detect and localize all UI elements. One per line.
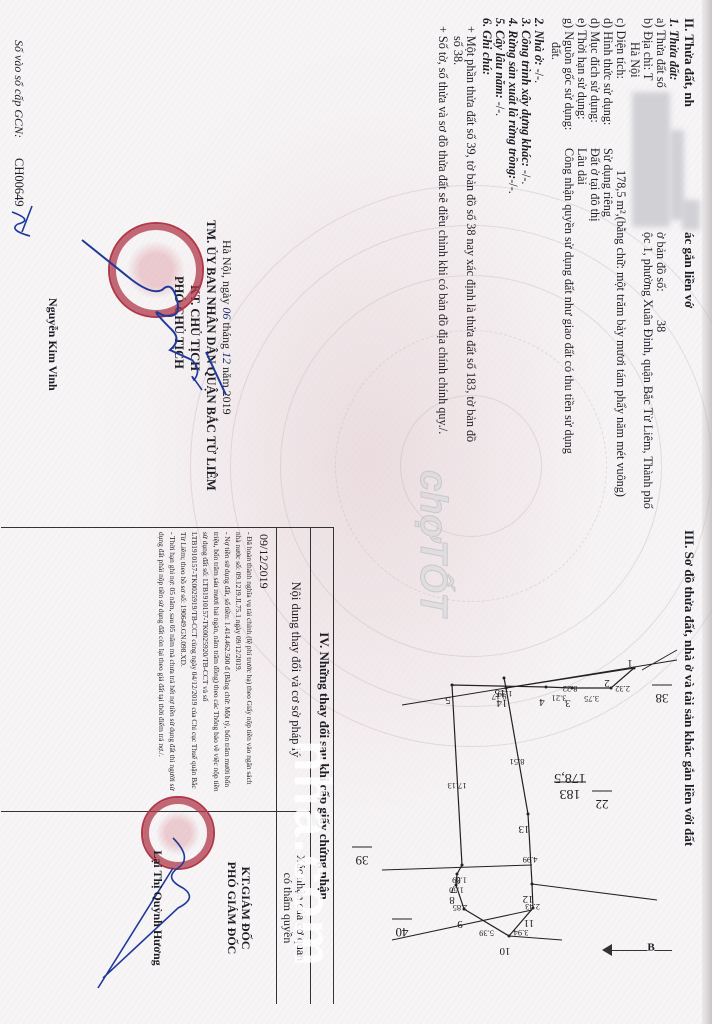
construction-row: 3. Công trình xây dựng khác: -/-.: [519, 18, 533, 184]
land-certificate-page: II. Thửa đất, nh ác gắn liền vớ 1. Thửa …: [0, 0, 712, 1024]
entry-line: LTB1910157-TK0025919/TB-CCT cùng ngày 04…: [189, 532, 200, 812]
signature-chairman: [72, 220, 232, 420]
page-edge: [702, 0, 712, 1024]
svg-text:11: 11: [524, 917, 535, 929]
svg-text:2: 2: [604, 677, 610, 689]
svg-text:1: 1: [627, 657, 633, 669]
watermark-chotot: chợTỐT: [411, 470, 454, 616]
svg-text:1.39: 1.39: [498, 689, 513, 699]
usage-term-label: e) Thời hạn sử dụng:: [575, 18, 589, 120]
note-line: + Một phần thửa đất số 39, tờ bản đồ số …: [464, 26, 478, 442]
entry-line: triệu, bốn trăm sáu mươi hai ngàn, năm t…: [211, 532, 222, 812]
address-value-line2: Hà Nội: [628, 42, 642, 78]
construction-value: -/-.: [519, 167, 533, 185]
forest-value: -/-.: [506, 179, 520, 194]
entry-line: - Nợ tiền sử dụng đất, số tiền: 1.414.46…: [222, 532, 233, 812]
forest-row: 4. Rừng sản xuất là rừng trồng:-/-.: [506, 18, 520, 194]
svg-text:17.13: 17.13: [447, 781, 466, 791]
svg-text:3.21: 3.21: [552, 694, 567, 704]
redacted-region: [632, 92, 670, 227]
entry-line: nhà nước số: 09.1219.JL75.1 ngày 09/12/2…: [233, 532, 244, 812]
confirm-signer: Lại Thị Quỳnh Hương: [151, 812, 165, 1004]
forest-label: 4. Rừng sản xuất là rừng trồng:: [506, 18, 520, 179]
svg-text:183: 183: [560, 786, 581, 801]
entry-line: sử dụng đất số: LTB1910157-TK0025920/TB-…: [200, 532, 211, 812]
north-arrow-icon: [602, 944, 612, 956]
svg-text:39: 39: [356, 853, 369, 868]
confirm-role1: KT.GIÁM ĐỐC: [239, 812, 253, 1004]
entry-line: dụng đất phải nộp tiền sử dụng đất còn l…: [156, 532, 167, 812]
svg-text:10: 10: [499, 945, 511, 957]
section2-title-right: ác gắn liền vớ: [682, 232, 696, 308]
svg-text:5: 5: [445, 694, 451, 706]
svg-text:40: 40: [396, 925, 409, 940]
map-sheet-number: 38: [654, 320, 668, 332]
notes-heading: 6. Ghi chú:: [480, 18, 494, 75]
north-label: B: [647, 941, 654, 955]
watermark-site: nha.com: [282, 740, 342, 968]
entry-date: 09/12/2019: [257, 534, 271, 589]
usage-form-value: Sử dụng riêng: [601, 148, 615, 217]
redacted-region: [682, 200, 700, 230]
house-row: 2. Nhà ở: -/-.: [532, 18, 546, 83]
area-label: c) Diện tích:: [614, 18, 628, 79]
svg-text:178,5: 178,5: [554, 770, 586, 785]
entry-content: - Đã hoàn thành nghĩa vụ tài chính (lệ p…: [156, 532, 255, 812]
note-line: + Số tờ, số thửa và sơ đồ thửa đất sẽ đi…: [436, 26, 450, 434]
svg-text:3.75: 3.75: [584, 694, 599, 704]
perennial-value: -/-.: [493, 99, 507, 117]
address-value: ộc 1, phường Xuân Đỉnh, quận Bắc Từ Liêm…: [641, 232, 655, 509]
svg-text:8.22: 8.22: [563, 684, 578, 694]
origin-value: Công nhận quyền sử dụng đất như giao đất…: [562, 148, 576, 454]
parcel-number-label: a) Thửa đất số: [654, 18, 668, 88]
svg-text:4.99: 4.99: [523, 855, 538, 865]
entry-line: - Thời hạn ghi nợ: 05 năm, sau 05 năm mà…: [167, 532, 178, 812]
usage-purpose-label: d) Mục đích sử dụng:: [588, 18, 602, 123]
house-label: 2. Nhà ở:: [532, 18, 546, 66]
usage-term-value: Lâu dài: [575, 148, 589, 185]
section3-title: III. Sơ đồ thửa đất, nhà ở và tài sản kh…: [682, 530, 696, 846]
redacted-region: [670, 130, 684, 220]
land-heading: 1. Thửa đất:: [667, 18, 681, 81]
perennial-row: 5. Cây lâu năm: -/-.: [493, 18, 507, 116]
signer-name: Nguyễn Kim Vinh: [46, 298, 60, 391]
svg-text:3.94: 3.94: [513, 928, 529, 938]
svg-text:9: 9: [457, 918, 463, 930]
usage-form-label: d) Hình thức sử dụng:: [601, 18, 615, 125]
svg-text:2.85: 2.85: [453, 903, 468, 913]
construction-label: 3. Công trình xây dựng khác:: [519, 18, 533, 167]
registry-number: CH00649: [12, 158, 26, 207]
usage-purpose-value: Đất ở tại đô thị: [588, 148, 602, 221]
svg-text:22: 22: [596, 797, 609, 812]
entry-line: Từ Liêm; theo hồ sơ số: 190649.GN.098.XD…: [178, 532, 189, 812]
section2-title-left: II. Thửa đất, nh: [682, 18, 697, 107]
svg-text:1.39: 1.39: [452, 876, 467, 886]
svg-text:1.50: 1.50: [449, 886, 464, 896]
area-value: 178,5 m²,(bằng chữ: một trăm bảy mươi tá…: [614, 170, 628, 497]
section2-title: II. Thửa đất, nh: [682, 18, 696, 107]
registry-label: Số vào sổ cấp GCN:: [12, 40, 26, 138]
svg-text:2.32: 2.32: [615, 684, 630, 694]
note-line: số 38.: [451, 36, 465, 65]
svg-text:2.43: 2.43: [525, 902, 540, 912]
parcel-diagram: 1234567891011121314152.323.753.219.1717.…: [342, 520, 682, 1020]
svg-text:5.39: 5.39: [479, 929, 494, 939]
svg-text:4: 4: [539, 696, 545, 708]
origin-label: g) Nguồn gốc sử dụng:: [562, 18, 576, 130]
address-label: b) Địa chỉ: T: [641, 18, 655, 80]
perennial-label: 5. Cây lâu năm:: [493, 18, 507, 99]
entry-line: - Đã hoàn thành nghĩa vụ tài chính (lệ p…: [244, 532, 255, 812]
origin-value-line2: đất.: [549, 42, 563, 60]
map-sheet-label: ờ bản đồ số:: [654, 232, 668, 292]
house-value: -/-.: [532, 66, 546, 84]
north-arrow-shaft: [612, 950, 672, 951]
svg-text:13: 13: [518, 823, 530, 835]
table-divider: [276, 528, 277, 1004]
svg-text:8.51: 8.51: [510, 757, 525, 767]
registry-initial: [6, 202, 42, 242]
svg-text:38: 38: [656, 691, 669, 706]
